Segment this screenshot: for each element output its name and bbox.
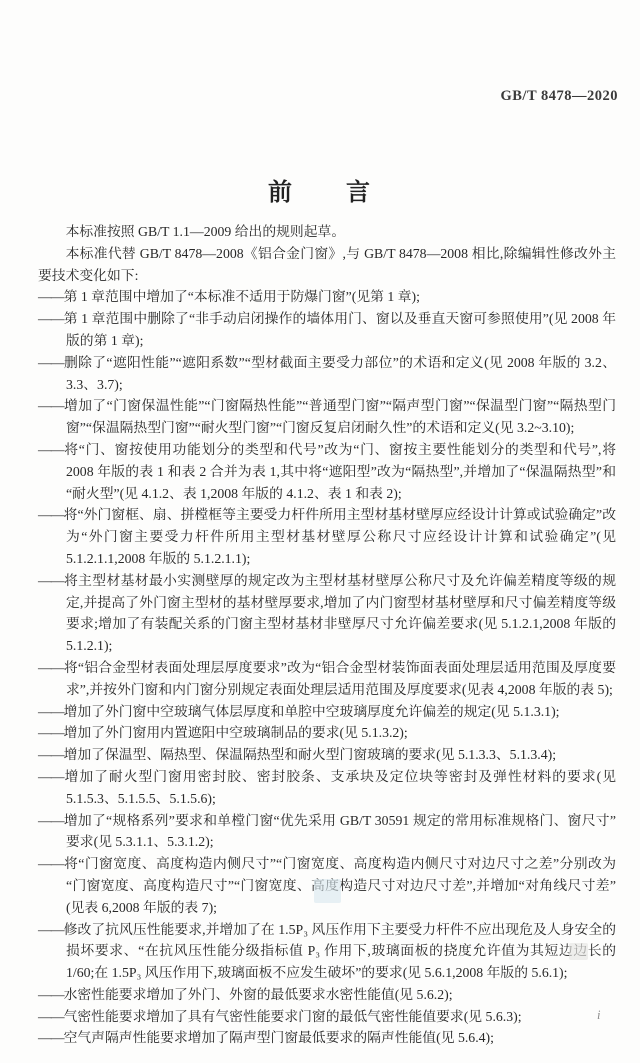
item-text: 水密性能要求增加了外门、外窗的最低要求水密性能值(见 5.6.2); [64, 987, 453, 1002]
item-text: 将“铝合金型材表面处理层厚度要求”改为“铝合金型材装饰面表面处理层适用范围及厚度… [64, 660, 616, 697]
intro-paragraph-1: 本标准按照 GB/T 1.1—2009 给出的规则起草。 [38, 221, 616, 243]
item-dash: —— [38, 660, 64, 675]
item-dash: —— [38, 856, 64, 871]
item-text: 增加了保温型、隔热型、保温隔热型和耐火型门窗玻璃的要求(见 5.1.3.3、5.… [64, 747, 556, 762]
item-text: 增加了外门窗用内置遮阳中空玻璃制品的要求(见 5.1.3.2); [64, 725, 408, 740]
change-item: ——将主型材基材最小实测壁厚的规定改为主型材基材壁厚公称尺寸及允许偏差精度等级的… [38, 570, 616, 657]
item-dash: —— [38, 725, 64, 740]
change-item: ——删除了“遮阳性能”“遮阳系数”“型材截面主要受力部位”的术语和定义(见 20… [38, 352, 616, 396]
intro-paragraph-2: 本标准代替 GB/T 8478—2008《铝合金门窗》,与 GB/T 8478—… [38, 243, 616, 287]
item-text: 第 1 章范围中删除了“非手动启闭操作的墙体用门、窗以及垂直天窗可参照使用”(见… [64, 311, 616, 348]
change-item: ——增加了外门窗用内置遮阳中空玻璃制品的要求(见 5.1.3.2); [38, 722, 616, 744]
change-item: ——增加了“规格系列”要求和单樘门窗“优先采用 GB/T 30591 规定的常用… [38, 810, 616, 854]
item-text: 空气声隔声性能要求增加了隔声型门窗最低要求的隔声性能值(见 5.6.4); [64, 1030, 494, 1045]
item-dash: —— [38, 355, 64, 370]
item-dash: —— [38, 507, 64, 522]
change-item: ——将“铝合金型材表面处理层厚度要求”改为“铝合金型材装饰面表面处理层适用范围及… [38, 657, 616, 701]
change-item: ——空气声隔声性能要求增加了隔声型门窗最低要求的隔声性能值(见 5.6.4); [38, 1027, 616, 1049]
item-text: 将“外门窗框、扇、拼樘框等主要受力杆件所用主型材基材壁厚应经设计计算或试验确定”… [64, 507, 616, 566]
change-item: ——将“门、窗按使用功能划分的类型和代号”改为“门、窗按主要性能划分的类型和代号… [38, 439, 616, 504]
change-item: ——气密性能要求增加了具有气密性能要求门窗的最低气密性能值要求(见 5.6.3)… [38, 1006, 616, 1028]
changes-list: ——第 1 章范围中增加了“本标准不适用于防爆门窗”(见第 1 章);——第 1… [38, 286, 616, 1049]
item-dash: —— [38, 398, 64, 413]
change-item: ——增加了外门窗中空玻璃气体层厚度和单腔中空玻璃厚度允许偏差的规定(见 5.1.… [38, 701, 616, 723]
document-page: GB/T 8478—2020 前 言 本标准按照 GB/T 1.1—2009 给… [0, 0, 640, 1063]
item-text: 将主型材基材最小实测壁厚的规定改为主型材基材壁厚公称尺寸及允许偏差精度等级的规定… [64, 573, 616, 653]
change-item: ——增加了耐火型门窗用密封胶、密封胶条、支承块及定位块等密封及弹性材料的要求(见… [38, 766, 616, 810]
item-dash: —— [38, 289, 64, 304]
item-dash: —— [38, 1009, 64, 1024]
change-item: ——增加了保温型、隔热型、保温隔热型和耐火型门窗玻璃的要求(见 5.1.3.3、… [38, 744, 616, 766]
item-dash: —— [38, 573, 64, 588]
item-text: 气密性能要求增加了具有气密性能要求门窗的最低气密性能值要求(见 5.6.3); [64, 1009, 522, 1024]
item-text: 增加了“门窗保温性能”“门窗隔热性能”“普通型门窗”“隔声型门窗”“保温型门窗”… [64, 398, 616, 435]
item-dash: —— [38, 442, 64, 457]
change-item: ——修改了抗风压性能要求,并增加了在 1.5P₃ 风压作用下主要受力杆件不应出现… [38, 919, 616, 984]
item-dash: —— [38, 813, 64, 828]
item-dash: —— [38, 922, 64, 937]
change-item: ——第 1 章范围中删除了“非手动启闭操作的墙体用门、窗以及垂直天窗可参照使用”… [38, 308, 616, 352]
item-dash: —— [38, 769, 64, 784]
item-text: 将“门、窗按使用功能划分的类型和代号”改为“门、窗按主要性能划分的类型和代号”,… [64, 442, 616, 501]
item-text: 增加了外门窗中空玻璃气体层厚度和单腔中空玻璃厚度允许偏差的规定(见 5.1.3.… [64, 704, 560, 719]
item-text: 增加了耐火型门窗用密封胶、密封胶条、支承块及定位块等密封及弹性材料的要求(见 5… [64, 769, 616, 806]
foreword-section: 本标准按照 GB/T 1.1—2009 给出的规则起草。 本标准代替 GB/T … [38, 221, 616, 1049]
standard-code: GB/T 8478—2020 [500, 88, 618, 105]
change-item: ——增加了“门窗保温性能”“门窗隔热性能”“普通型门窗”“隔声型门窗”“保温型门… [38, 395, 616, 439]
change-item: ——将“门窗宽度、高度构造内侧尺寸”“门窗宽度、高度构造内侧尺寸对边尺寸之差”分… [38, 853, 616, 918]
item-text: 第 1 章范围中增加了“本标准不适用于防爆门窗”(见第 1 章); [64, 289, 420, 304]
item-text: 删除了“遮阳性能”“遮阳系数”“型材截面主要受力部位”的术语和定义(见 2008… [64, 355, 616, 392]
item-text: 将“门窗宽度、高度构造内侧尺寸”“门窗宽度、高度构造内侧尺寸对边尺寸之差”分别改… [64, 856, 616, 915]
item-dash: —— [38, 747, 64, 762]
page-title: 前 言 [0, 172, 640, 207]
item-dash: —— [38, 987, 64, 1002]
page-number: i [597, 1008, 600, 1023]
change-item: ——水密性能要求增加了外门、外窗的最低要求水密性能值(见 5.6.2); [38, 984, 616, 1006]
item-dash: —— [38, 311, 64, 326]
change-item: ——第 1 章范围中增加了“本标准不适用于防爆门窗”(见第 1 章); [38, 286, 616, 308]
item-text: 修改了抗风压性能要求,并增加了在 1.5P₃ 风压作用下主要受力杆件不应出现危及… [64, 922, 616, 981]
item-dash: —— [38, 704, 64, 719]
change-item: ——将“外门窗框、扇、拼樘框等主要受力杆件所用主型材基材壁厚应经设计计算或试验确… [38, 504, 616, 569]
item-text: 增加了“规格系列”要求和单樘门窗“优先采用 GB/T 30591 规定的常用标准… [64, 813, 616, 850]
item-dash: —— [38, 1030, 64, 1045]
